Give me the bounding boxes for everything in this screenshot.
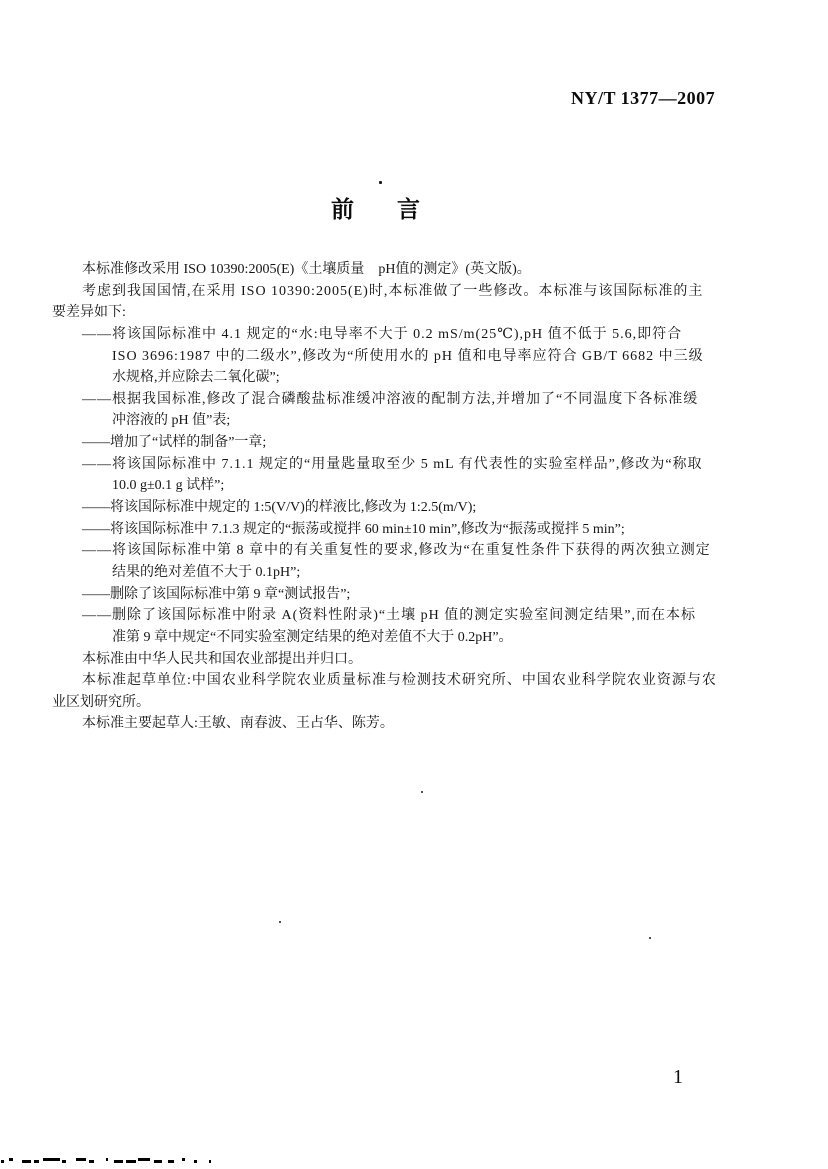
foreword-line: ISO 3696:1987 中的二级水”,修改为“所使用水的 pH 值和电导率应… [52, 346, 696, 368]
scan-speck [379, 181, 382, 184]
foreword-line: 结果的绝对差值不大于 0.1pH”; [52, 562, 696, 584]
foreword-line: ——删除了该国际标准中第 9 章“测试报告”; [52, 584, 696, 606]
foreword-line: ——将该国际标准中第 8 章中的有关重复性的要求,修改为“在重复性条件下获得的两… [52, 540, 696, 562]
foreword-line: ——将该国际标准中规定的 1:5(V/V)的样液比,修改为 1:2.5(m/V)… [52, 497, 696, 519]
foreword-line: ——将该国际标准中 7.1.3 规定的“振荡或搅拌 60 min±10 min”… [52, 519, 696, 541]
page-title: 前 言 [331, 191, 430, 224]
foreword-line: ——将该国际标准中 7.1.1 规定的“用量匙量取至少 5 mL 有代表性的实验… [52, 454, 696, 476]
foreword-line: 本标准起草单位:中国农业科学院农业质量标准与检测技术研究所、中国农业科学院农业资… [52, 670, 696, 692]
foreword-line: 本标准由中华人民共和国农业部提出并归口。 [52, 649, 696, 671]
foreword-line: 考虑到我国国情,在采用 ISO 10390:2005(E)时,本标准做了一些修改… [52, 281, 696, 303]
scan-artifact-line [1, 1158, 211, 1164]
foreword-line: ——删除了该国际标准中附录 A(资料性附录)“土壤 pH 值的测定实验室间测定结… [52, 605, 696, 627]
foreword-line: 本标准主要起草人:王敏、南春波、王占华、陈芳。 [52, 713, 696, 735]
foreword-line: 冲溶液的 pH 值”表; [52, 410, 696, 432]
scan-speck [421, 791, 423, 793]
scan-speck [649, 937, 651, 939]
foreword-line: ——根据我国标准,修改了混合磷酸盐标准缓冲溶液的配制方法,并增加了“不同温度下各… [52, 389, 696, 411]
foreword-line: 水规格,并应除去二氧化碳”; [52, 367, 696, 389]
page-number: 1 [673, 1066, 683, 1089]
standard-code: NY/T 1377—2007 [571, 88, 721, 109]
foreword-line: ——将该国际标准中 4.1 规定的“水:电导率不大于 0.2 mS/m(25℃)… [52, 324, 696, 346]
foreword-line: 要差异如下: [52, 302, 696, 324]
foreword-body: 本标准修改采用 ISO 10390:2005(E)《土壤质量 pH值的测定》(英… [52, 259, 696, 735]
foreword-line: ——增加了“试样的制备”一章; [52, 432, 696, 454]
document-page: NY/T 1377—2007 前 言 本标准修改采用 ISO 10390:200… [0, 0, 828, 1169]
foreword-line: 10.0 g±0.1 g 试样”; [52, 475, 696, 497]
scan-speck [279, 921, 281, 923]
foreword-line: 本标准修改采用 ISO 10390:2005(E)《土壤质量 pH值的测定》(英… [52, 259, 696, 281]
foreword-line: 业区划研究所。 [52, 692, 696, 714]
foreword-line: 准第 9 章中规定“不同实验室测定结果的绝对差值不大于 0.2pH”。 [52, 627, 696, 649]
